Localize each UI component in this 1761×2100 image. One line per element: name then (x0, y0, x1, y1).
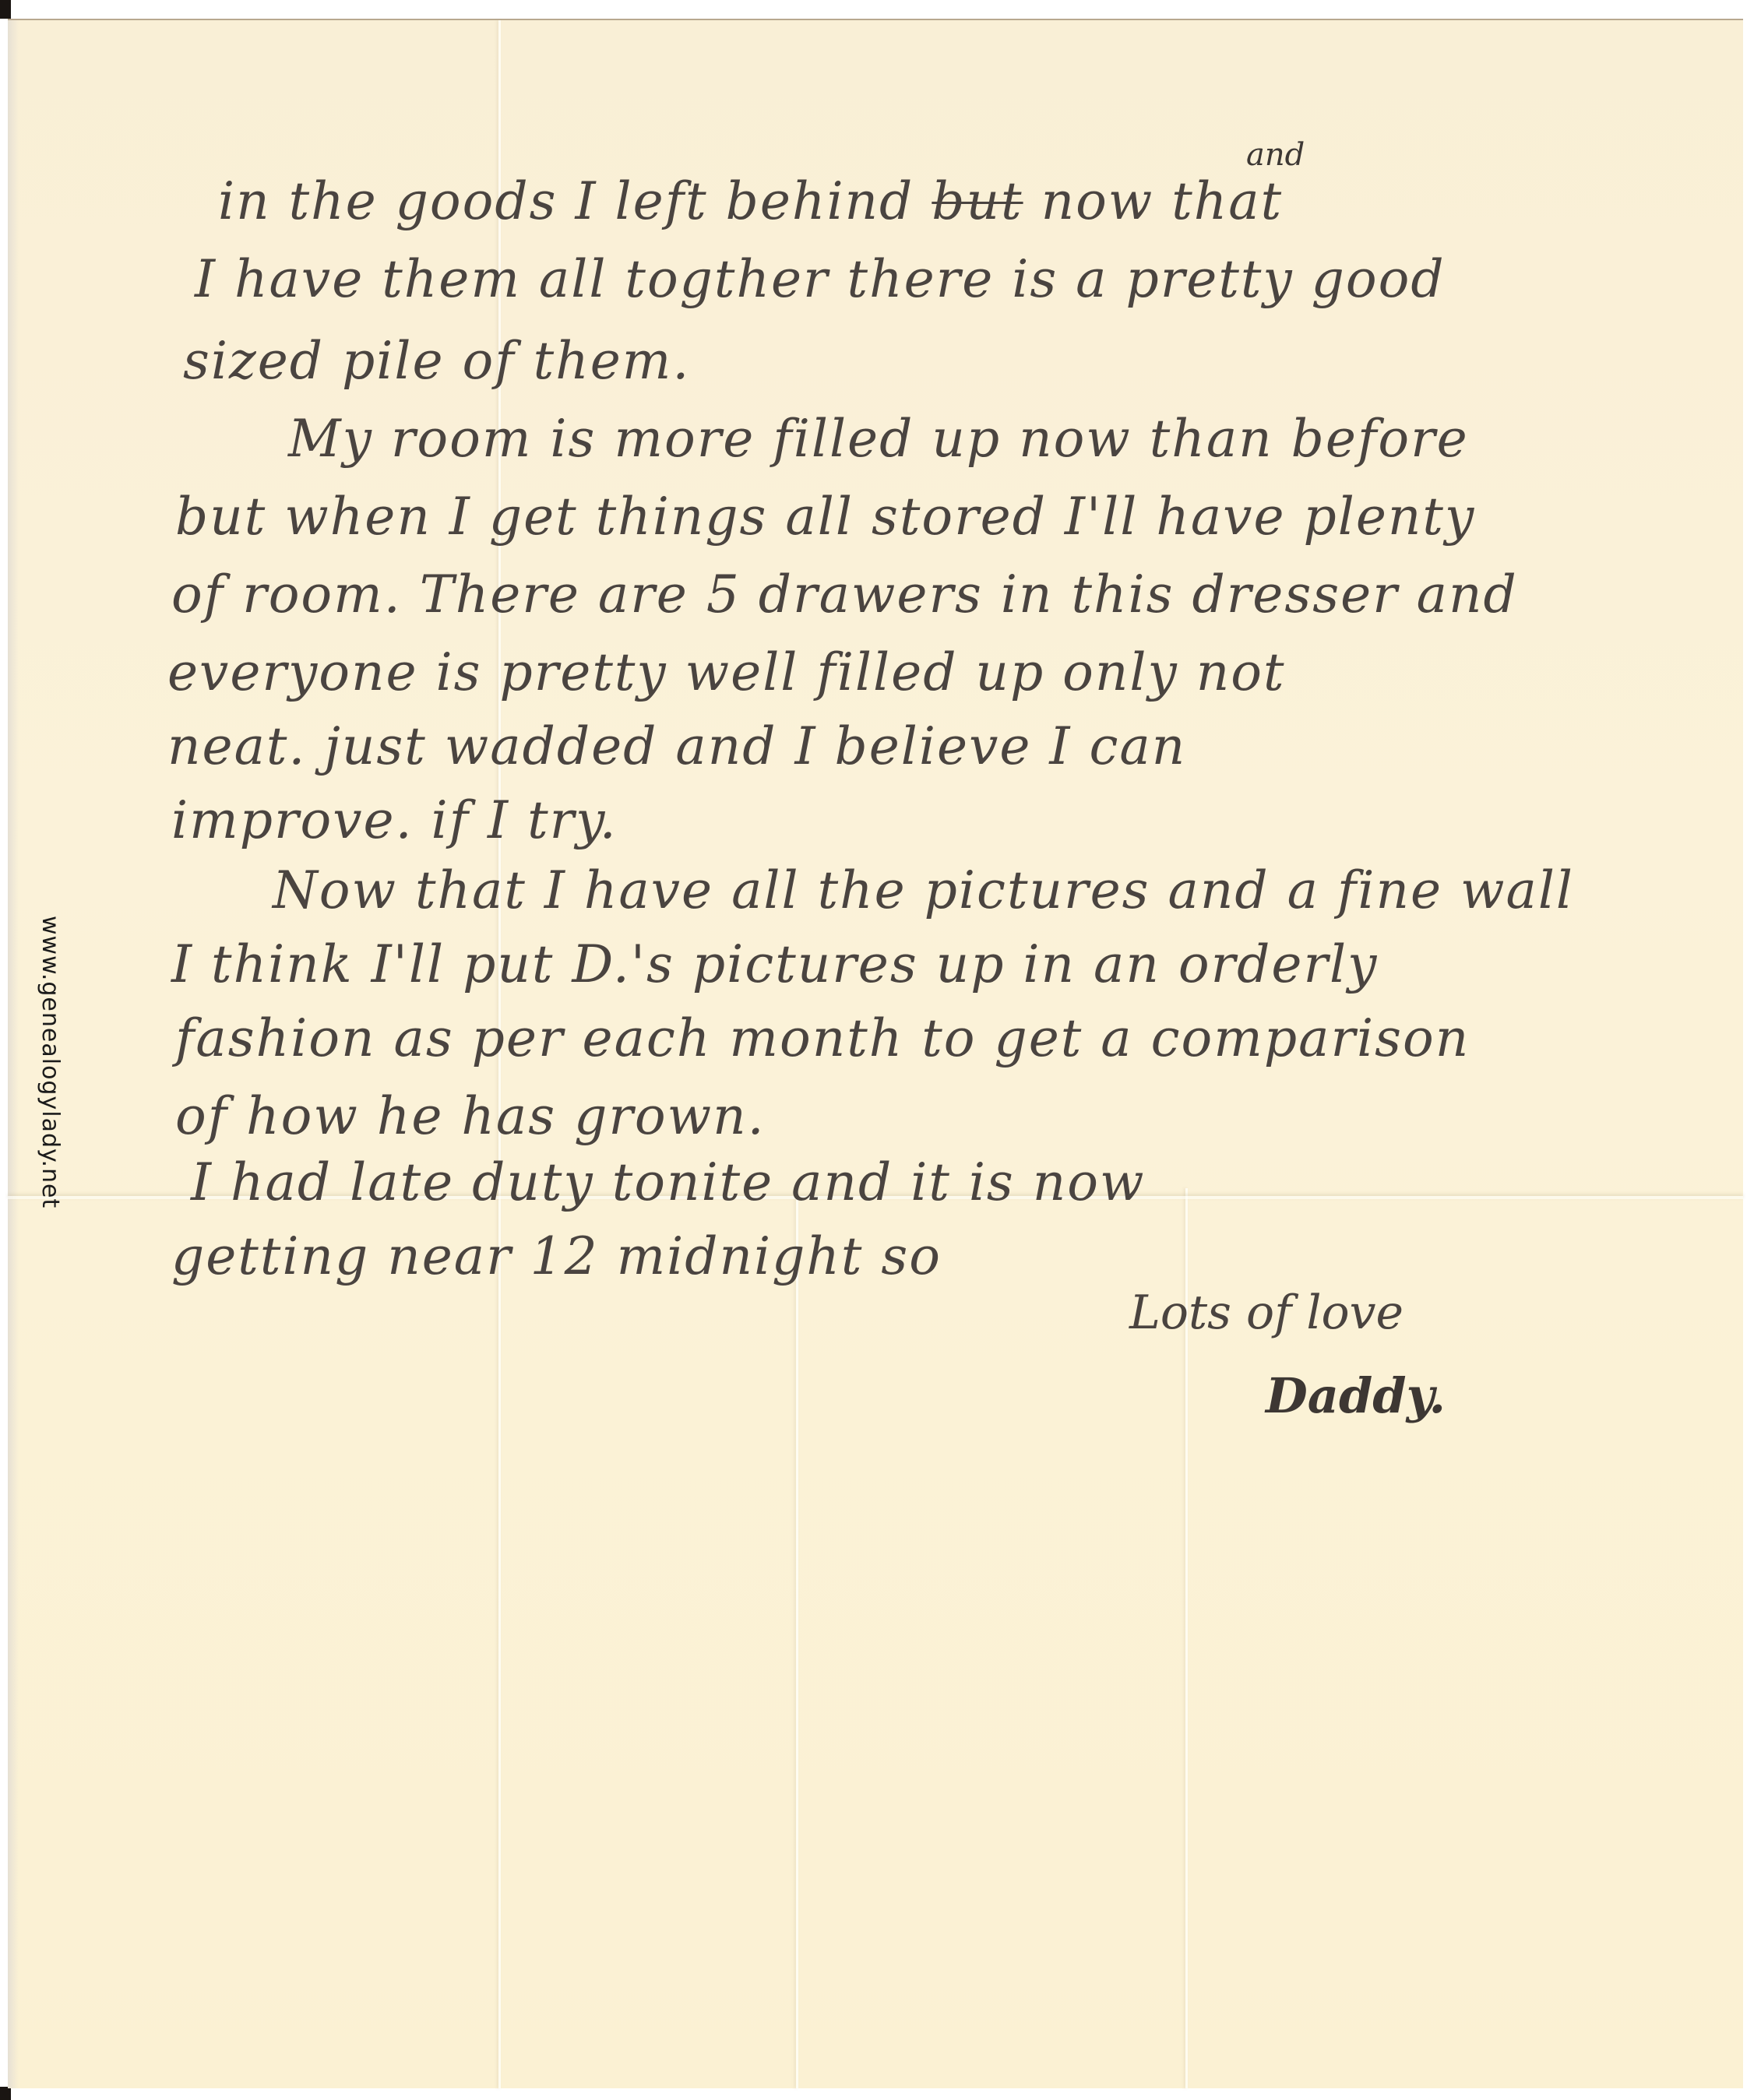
letter-line: sized pile of them. (183, 336, 690, 387)
letter-line: of how he has grown. (175, 1091, 766, 1142)
letter-line: in the goods I left behind but now that (218, 176, 1283, 227)
inserted-word: and (1246, 137, 1305, 173)
letter-body: in the goods I left behind but now that … (8, 20, 1743, 2088)
letter-line: but when I get things all stored I'll ha… (175, 491, 1475, 543)
letter-line: of room. There are 5 drawers in this dre… (171, 569, 1518, 621)
letter-line: I have them all togther there is a prett… (195, 254, 1446, 305)
letter-line-text: now that (1041, 171, 1284, 231)
letter-line-text: in the goods I left behind (218, 171, 914, 231)
letter-line: My room is more filled up now than befor… (288, 413, 1469, 465)
scan-edge (0, 0, 11, 19)
letter-line: everyone is pretty well filled up only n… (167, 647, 1286, 698)
letter-signature: Daddy. (1266, 1367, 1446, 1424)
letter-line: fashion as per each month to get a compa… (175, 1013, 1470, 1064)
letter-closing: Lots of love (1129, 1286, 1404, 1340)
letter-line: I think I'll put D.'s pictures up in an … (171, 939, 1378, 990)
letter-line: improve. if I try. (171, 795, 618, 846)
letter-page: www.genealogylady.net in the goods I lef… (8, 19, 1743, 2088)
letter-line: Now that I have all the pictures and a f… (273, 865, 1574, 916)
struck-word: but (932, 171, 1023, 231)
scan-edge (0, 2087, 11, 2100)
letter-line: getting near 12 midnight so (171, 1231, 942, 1282)
letter-line: I had late duty tonite and it is now (191, 1157, 1146, 1208)
letter-line: neat. just wadded and I believe I can (167, 721, 1186, 772)
